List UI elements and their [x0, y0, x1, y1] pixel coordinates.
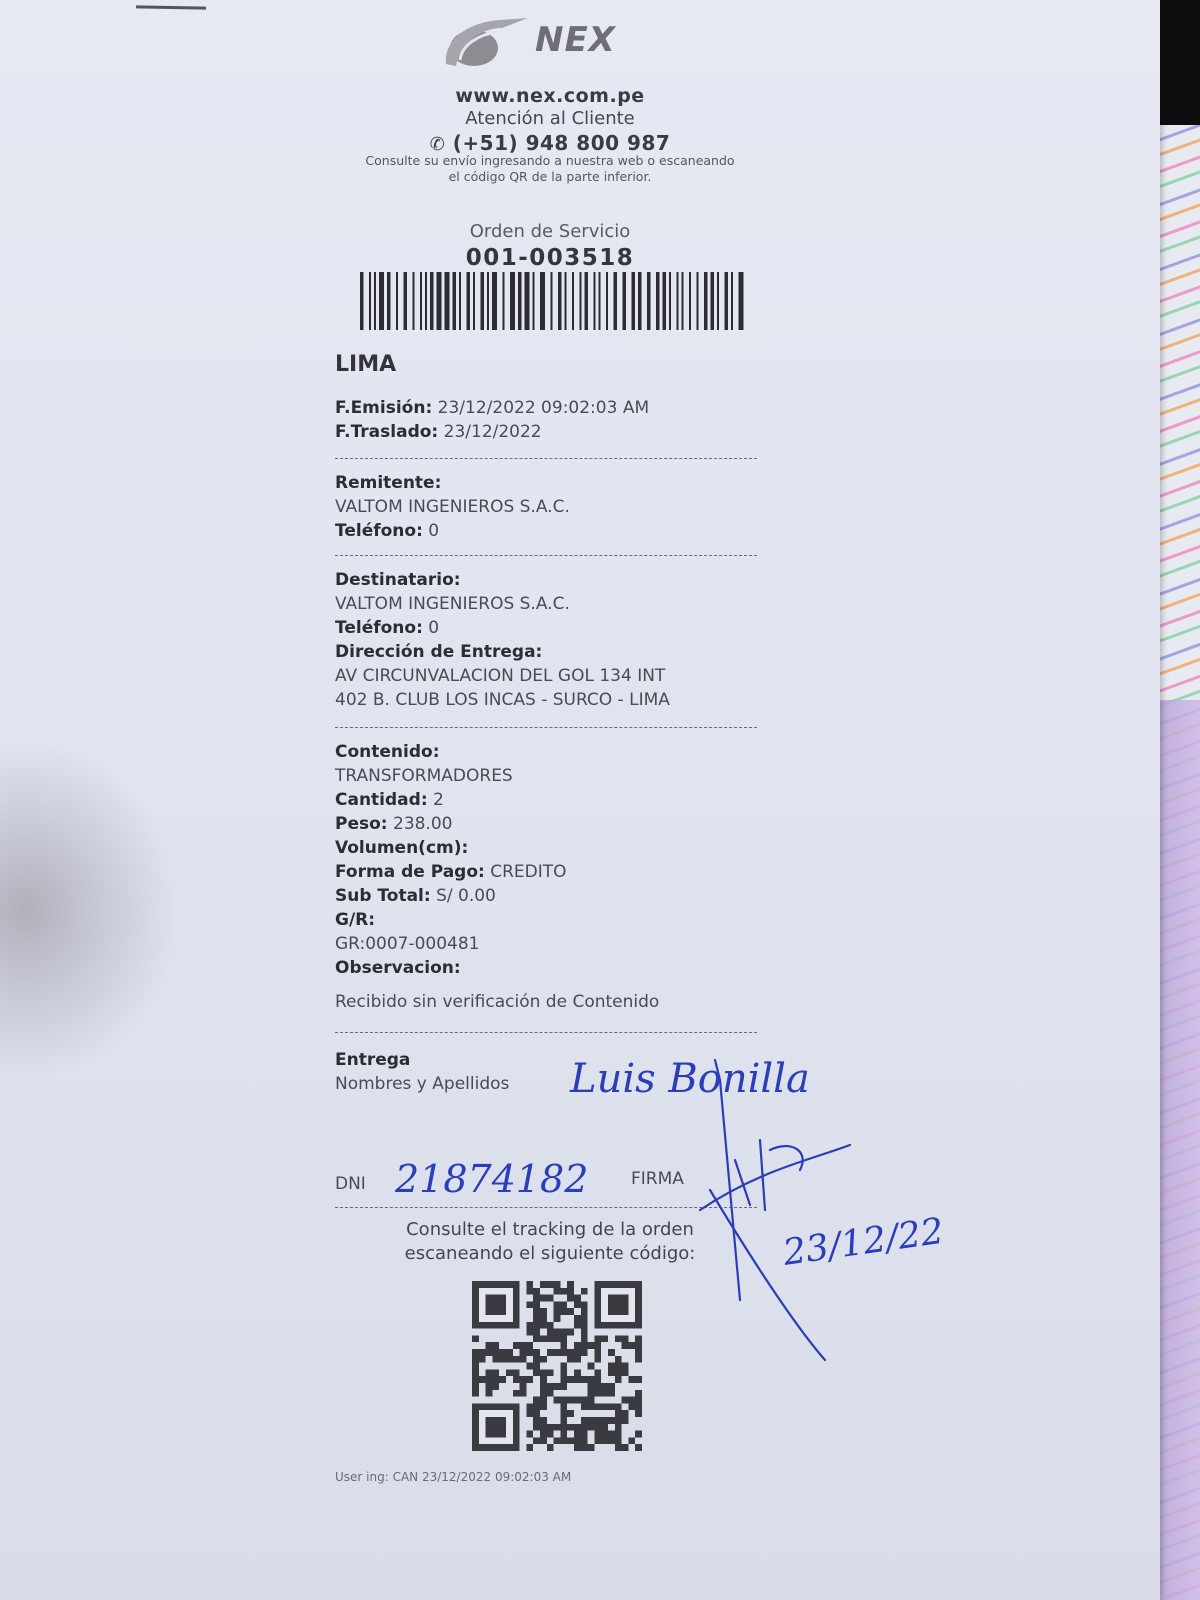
observation-label: Observacion:: [335, 956, 775, 980]
content-value: TRANSFORMADORES: [335, 764, 775, 788]
signature-label: FIRMA: [631, 1167, 711, 1191]
guide-value: GR:0007-000481: [335, 932, 775, 956]
content-label: Contenido:: [335, 740, 775, 764]
recipient-label: Destinatario:: [335, 568, 775, 592]
sender-label: Remitente:: [335, 471, 775, 495]
order-label: Orden de Servicio: [335, 221, 765, 242]
consult-note-line2: el código QR de la parte inferior.: [330, 169, 770, 185]
weight-label: Peso:: [335, 814, 388, 834]
sender-name: VALTOM INGENIEROS S.A.C.: [335, 495, 775, 519]
names-label: Nombres y Apellidos: [335, 1072, 775, 1096]
barcode: [360, 272, 745, 330]
sender-section: Remitente: VALTOM INGENIEROS S.A.C. Telé…: [335, 471, 775, 543]
dni-label: DNI: [335, 1172, 395, 1196]
tracking-note: Consulte el tracking de la orden escanea…: [335, 1218, 765, 1266]
shipment-section: Contenido: TRANSFORMADORES Cantidad: 2 P…: [335, 740, 775, 1014]
logo-swoosh-icon: [440, 14, 530, 70]
pen-mark: [136, 5, 206, 9]
address-line2: 402 B. CLUB LOS INCAS - SURCO - LIMA: [335, 688, 775, 712]
emission-value: 23/12/2022 09:02:03 AM: [438, 398, 649, 418]
quantity-value: 2: [433, 790, 444, 810]
divider: [335, 555, 757, 556]
whatsapp-icon: ✆: [430, 134, 446, 155]
logo-text: NEX: [535, 20, 616, 60]
phone-line: ✆ (+51) 948 800 987: [335, 131, 765, 155]
sender-phone-label: Teléfono:: [335, 521, 423, 541]
guide-label: G/R:: [335, 908, 775, 932]
consult-note: Consulte su envío ingresando a nuestra w…: [330, 153, 770, 185]
transfer-value: 23/12/2022: [444, 422, 542, 442]
handwritten-date: 23/12/22: [780, 1211, 947, 1274]
divider: [335, 458, 757, 459]
divider: [335, 1207, 757, 1208]
nex-logo: NEX: [440, 8, 660, 68]
address-line1: AV CIRCUNVALACION DEL GOL 134 INT: [335, 664, 775, 688]
address-label: Dirección de Entrega:: [335, 640, 775, 664]
emission-label: F.Emisión:: [335, 398, 432, 418]
delivery-section: Entrega Nombres y Apellidos: [335, 1048, 775, 1096]
shadow: [0, 740, 180, 1080]
recipient-phone-label: Teléfono:: [335, 618, 423, 638]
handwritten-dni-overlay: 21874182: [390, 1150, 590, 1210]
background-purple-edge: [1160, 700, 1200, 1600]
recipient-name: VALTOM INGENIEROS S.A.C.: [335, 592, 775, 616]
divider: [335, 1032, 757, 1033]
tracking-line1: Consulte el tracking de la orden: [335, 1218, 765, 1242]
delivery-title: Entrega: [335, 1048, 775, 1072]
recipient-section: Destinatario: VALTOM INGENIEROS S.A.C. T…: [335, 568, 775, 712]
tracking-qr-code[interactable]: [472, 1278, 642, 1454]
phone-number: (+51) 948 800 987: [453, 131, 671, 155]
recipient-phone-value: 0: [428, 618, 439, 638]
website-link[interactable]: www.nex.com.pe: [335, 85, 765, 107]
consult-note-line1: Consulte su envío ingresando a nuestra w…: [330, 153, 770, 169]
subtotal-label: Sub Total:: [335, 886, 431, 906]
handwritten-dni: 21874182: [394, 1157, 588, 1201]
weight-value: 238.00: [393, 814, 452, 834]
volume-label: Volumen(cm):: [335, 838, 468, 858]
sender-phone-value: 0: [428, 521, 439, 541]
observation-value: Recibido sin verificación de Contenido: [335, 990, 775, 1014]
order-number: 001-003518: [335, 245, 765, 271]
quantity-label: Cantidad:: [335, 790, 428, 810]
divider: [335, 727, 757, 728]
tracking-line2: escaneando el siguiente código:: [335, 1242, 765, 1266]
transfer-label: F.Traslado:: [335, 422, 438, 442]
dates-section: F.Emisión: 23/12/2022 09:02:03 AM F.Tras…: [335, 396, 775, 444]
user-stamp: User ing: CAN 23/12/2022 09:02:03 AM: [335, 1470, 571, 1484]
customer-service-label: Atención al Cliente: [335, 108, 765, 129]
payment-value: CREDITO: [490, 862, 566, 882]
origin-city: LIMA: [335, 352, 396, 377]
subtotal-value: S/ 0.00: [436, 886, 496, 906]
payment-label: Forma de Pago:: [335, 862, 485, 882]
receipt-paper: NEX www.nex.com.pe Atención al Cliente ✆…: [0, 0, 1160, 1600]
